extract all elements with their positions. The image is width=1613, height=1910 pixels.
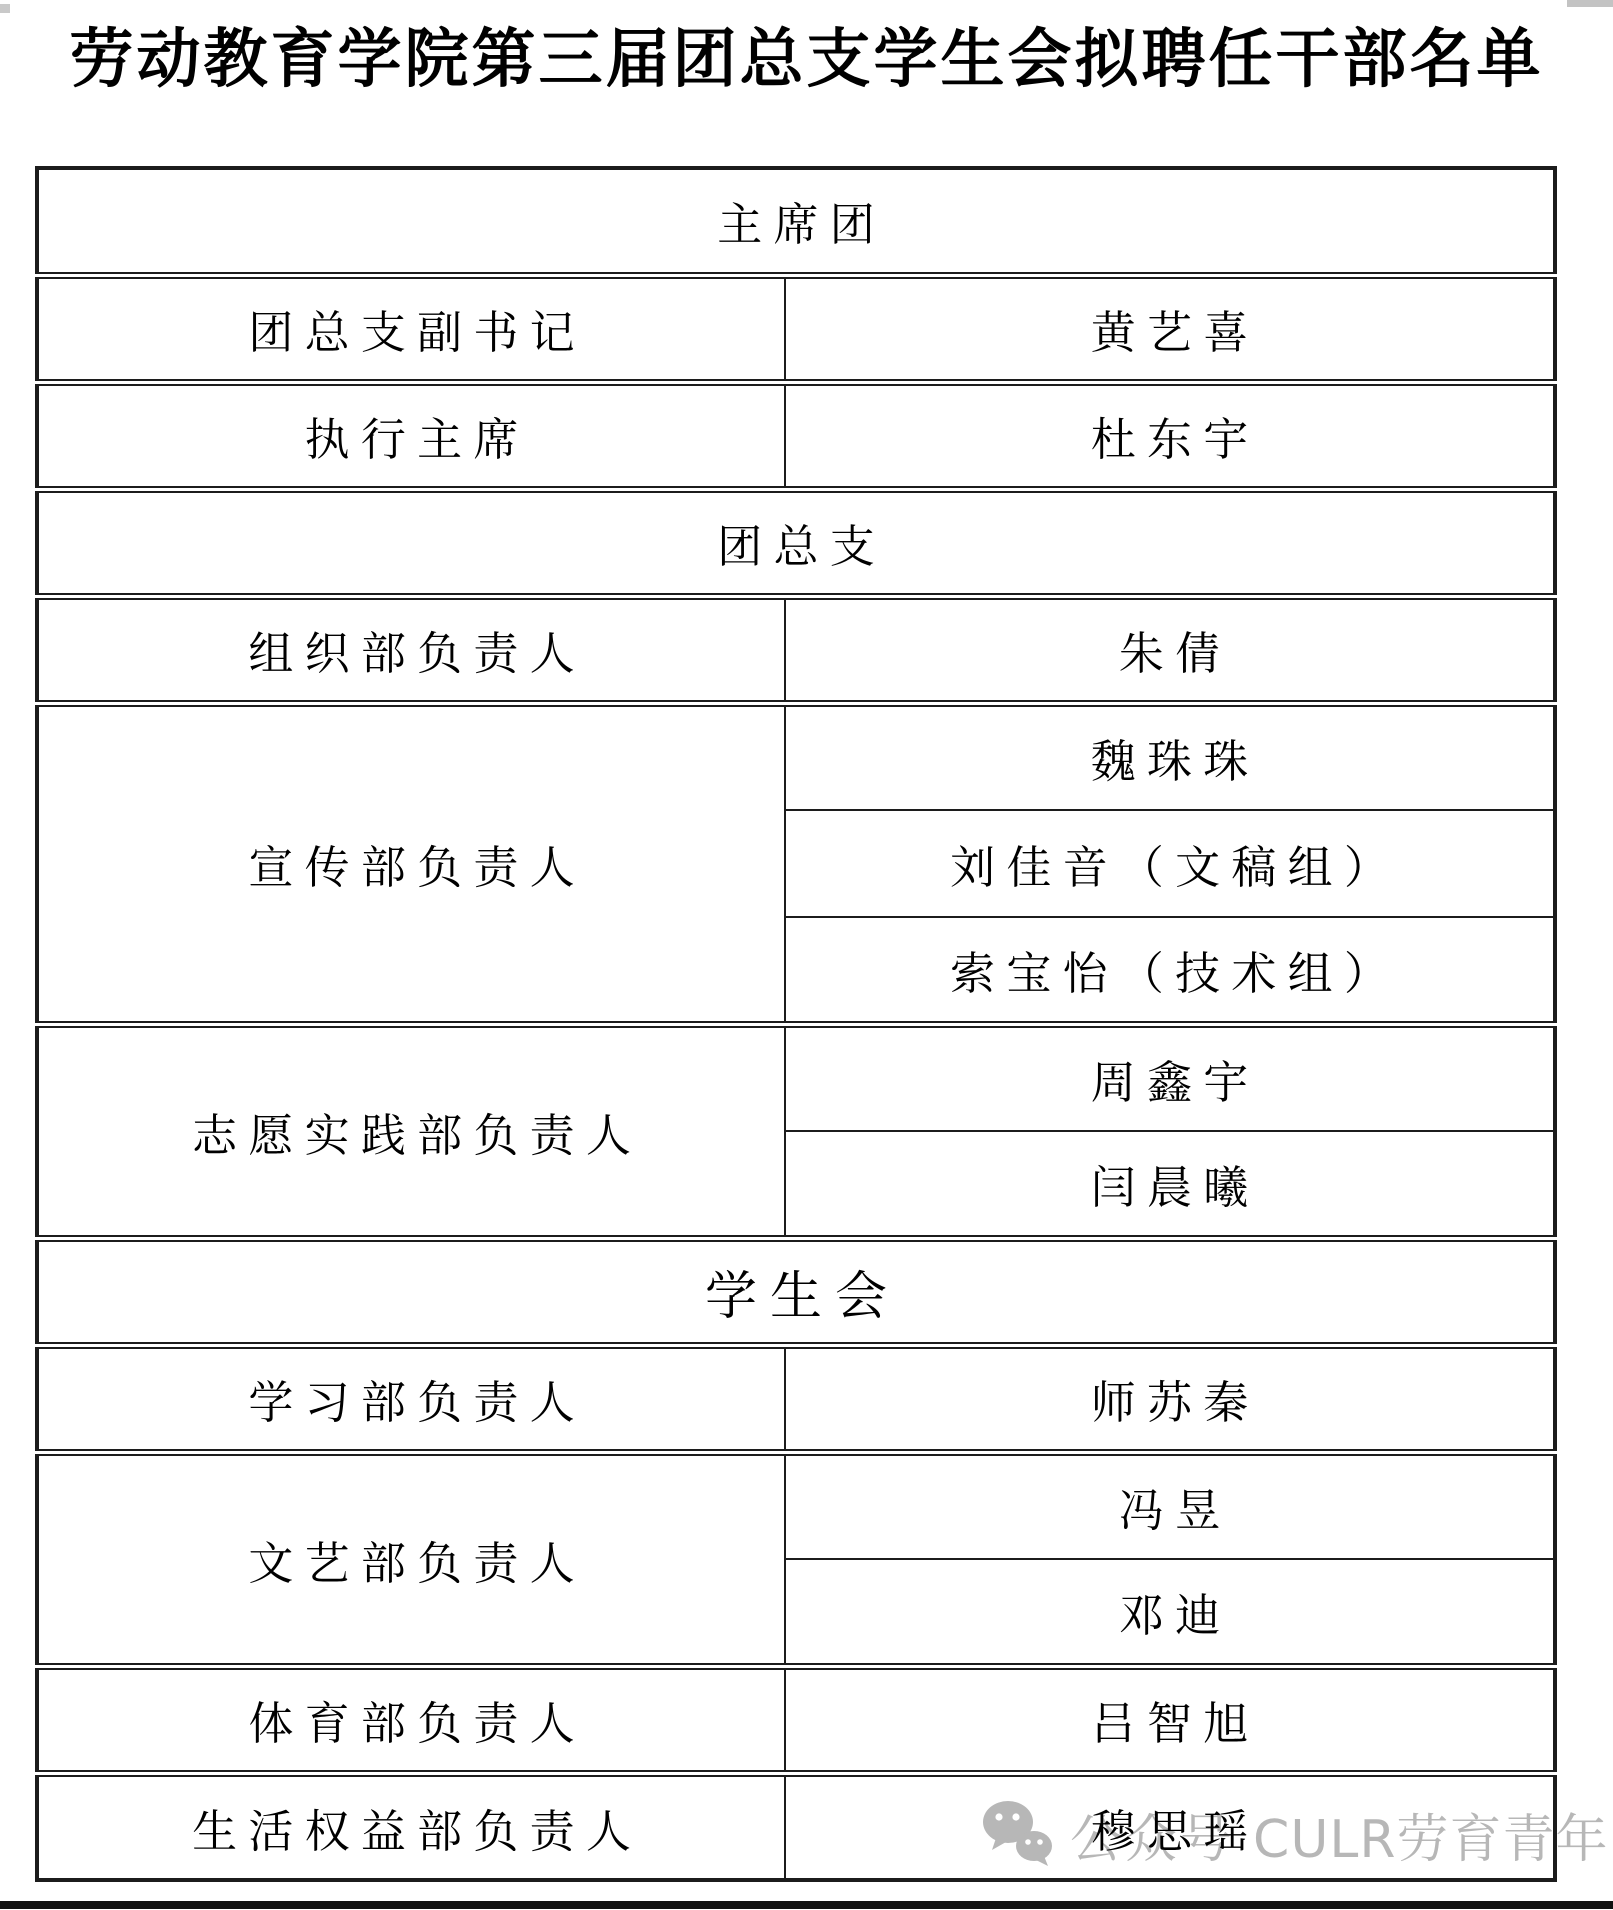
table-row: 宣传部负责人 魏珠珠 <box>37 703 1555 810</box>
table-row: 体育部负责人 吕智旭 <box>37 1666 1555 1773</box>
table-row: 文艺部负责人 冯昱 <box>37 1452 1555 1559</box>
cadre-table: 主席团 团总支副书记 黄艺喜 执行主席 杜东宇 团总支 组织部负责人 朱倩 宣传… <box>35 166 1557 1882</box>
name-cell: 穆思瑶 <box>785 1773 1555 1880</box>
position-cell: 体育部负责人 <box>37 1666 785 1773</box>
name-cell: 冯昱 <box>785 1452 1555 1559</box>
section-header: 团总支 <box>37 489 1555 596</box>
position-cell: 学习部负责人 <box>37 1345 785 1452</box>
name-cell: 闫晨曦 <box>785 1131 1555 1238</box>
name-cell: 黄艺喜 <box>785 275 1555 382</box>
position-cell: 宣传部负责人 <box>37 703 785 1024</box>
name-cell: 索宝怡（技术组） <box>785 917 1555 1024</box>
position-cell: 志愿实践部负责人 <box>37 1024 785 1238</box>
position-cell: 组织部负责人 <box>37 596 785 703</box>
name-cell: 吕智旭 <box>785 1666 1555 1773</box>
name-cell: 朱倩 <box>785 596 1555 703</box>
name-cell: 周鑫宇 <box>785 1024 1555 1131</box>
position-cell: 执行主席 <box>37 382 785 489</box>
position-cell: 团总支副书记 <box>37 275 785 382</box>
table-row: 组织部负责人 朱倩 <box>37 596 1555 703</box>
name-cell: 刘佳音（文稿组） <box>785 810 1555 917</box>
name-cell: 师苏秦 <box>785 1345 1555 1452</box>
top-right-edge-artifact <box>1567 0 1613 7</box>
document-page: 劳动教育学院第三届团总支学生会拟聘任干部名单 主席团 团总支副书记 黄艺喜 执行… <box>0 0 1613 1910</box>
name-cell: 魏珠珠 <box>785 703 1555 810</box>
table-row-section: 学生会 <box>37 1238 1555 1345</box>
table-row-section: 团总支 <box>37 489 1555 596</box>
name-cell: 杜东宇 <box>785 382 1555 489</box>
table-row: 志愿实践部负责人 周鑫宇 <box>37 1024 1555 1131</box>
table-row-section: 主席团 <box>37 168 1555 275</box>
section-header: 学生会 <box>37 1238 1555 1345</box>
table-row: 生活权益部负责人 穆思瑶 <box>37 1773 1555 1880</box>
section-header: 主席团 <box>37 168 1555 275</box>
top-left-edge-artifact <box>0 4 10 13</box>
table-row: 执行主席 杜东宇 <box>37 382 1555 489</box>
table-row: 学习部负责人 师苏秦 <box>37 1345 1555 1452</box>
position-cell: 生活权益部负责人 <box>37 1773 785 1880</box>
name-cell: 邓迪 <box>785 1559 1555 1666</box>
bottom-edge-bar <box>0 1901 1613 1909</box>
page-title: 劳动教育学院第三届团总支学生会拟聘任干部名单 <box>0 8 1613 100</box>
position-cell: 文艺部负责人 <box>37 1452 785 1666</box>
table-row: 团总支副书记 黄艺喜 <box>37 275 1555 382</box>
